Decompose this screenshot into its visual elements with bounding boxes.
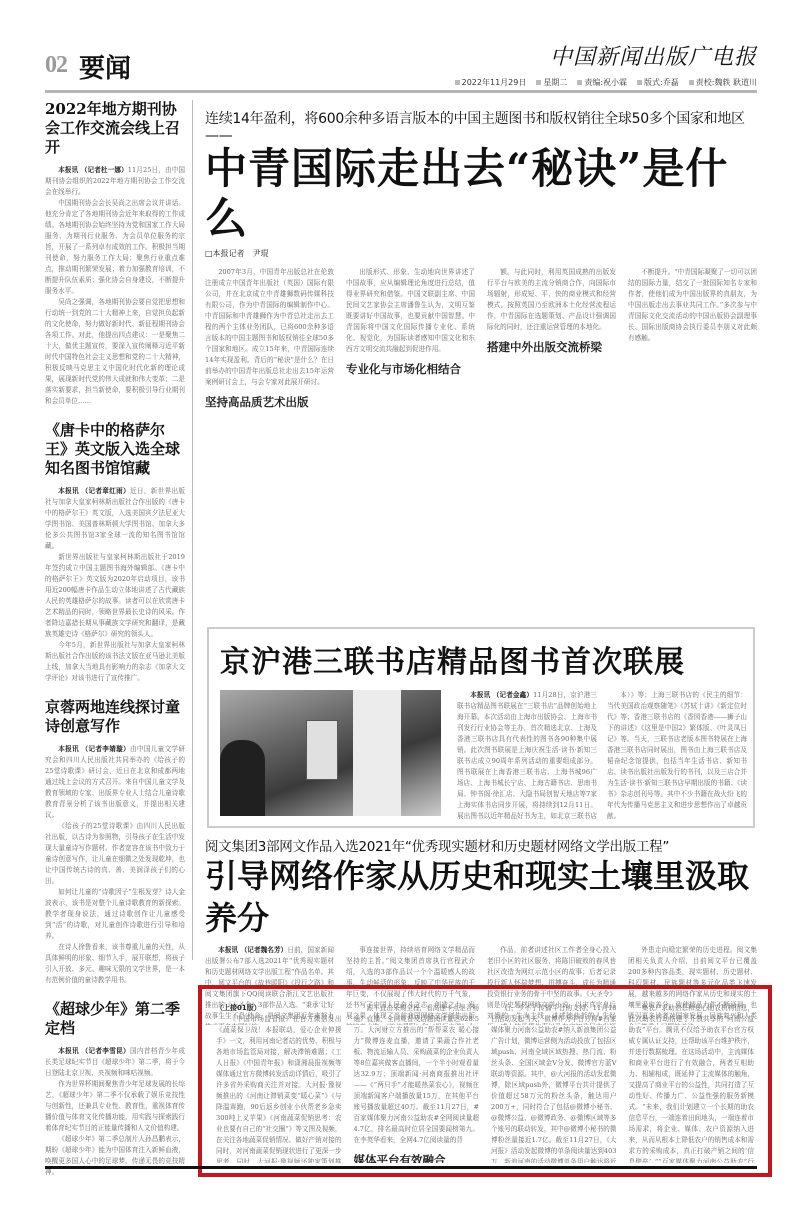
newspaper-logo: 中国新闻出版广电报 [550, 40, 757, 71]
left-story: 2022年地方期刊协会工作交流会线上召开 本报讯 （记者杜一娜）11月25日，由… [45, 100, 185, 407]
sanlian-headline[interactable]: 京沪港三联书店精品图书首次联展 [220, 637, 742, 681]
left-story: 《唐卡中的格萨尔王》英文版入选全球知名图书馆馆藏 本报讯 （记者章红雨）近日，新… [45, 421, 185, 684]
story-byline: 本报讯 （记者章红雨） [58, 487, 130, 495]
lead-headline[interactable]: 中青国际走出去“秘诀”是什么 [205, 144, 757, 244]
page-bottom-rule [45, 1166, 757, 1169]
lead-kicker: 连续14年盈利，将600余种多语言版本的中国主题图书和版权销往全球50多个国家和… [205, 108, 757, 144]
continued-story-body: （上接01版） 《中国市场监管报》在官方微信发出《蔬菜保卫战！本报联动，爱心企业… [216, 1003, 754, 1163]
story-byline: 本报讯 （记者李婧璇） [58, 745, 130, 753]
yuewen-kicker: 阅文集团3部网文作品入选2021年“优秀现实题材和历史题材网络文学出版工程” [205, 835, 757, 855]
story-body: 本报讯 （记者李雪昆）国内首档青少年成长类足球纪实节目《超球少年》第二季，将于今… [45, 1046, 185, 1178]
column-divider [192, 100, 193, 960]
page-masthead: 02 要闻 中国新闻出版广电报 2022年11月29日 星期二 责编:祝小霖 版… [45, 30, 757, 92]
story-headline[interactable]: 《唐卡中的格萨尔王》英文版入选全球知名图书馆馆藏 [45, 421, 185, 478]
issue-proofreader: 责校:魏轶 耿道川 [689, 77, 757, 88]
story-byline: 本报讯 （记者魏名芳） [218, 946, 287, 954]
story-byline: 本报讯 （记者杜一娜） [58, 166, 128, 174]
story-byline: 本报讯 （记者金鑫） [470, 691, 533, 699]
story-body: 本报讯 （记者杜一娜）11月25日，由中国期刊协会组织的2022年地方期刊协会工… [45, 165, 185, 407]
lead-col-1: 2007年3月，中国青年出版总社在伦敦注册成立中国青年出版社（英国）国际有限公司… [205, 267, 334, 416]
left-news-column: 2022年地方期刊协会工作交流会线上召开 本报讯 （记者杜一娜）11月25日，由… [45, 100, 185, 1165]
lead-subhead-1: 坚持高品质艺术出版 [205, 397, 334, 408]
story-byline: 本报讯 （记者李雪昆） [58, 1047, 130, 1055]
story-body: 本报讯 （记者章红雨）近日，新世界出版社与加拿大皇家柯林斯出版社合作出版的《唐卡… [45, 486, 185, 684]
story-headline[interactable]: 2022年地方期刊协会工作交流会线上召开 [45, 100, 185, 157]
lead-col-3: 额。与此同时，利用英国成熟的出版发行平台与欧美的主流分销商合作，向国际市场辐射，… [487, 267, 616, 416]
issue-layout: 版式:乔磊 [637, 77, 679, 88]
left-story: 京蓉两地连线探讨童诗创意写作 本报讯 （记者李婧璇）由中国儿童文学研究会和四川人… [45, 698, 185, 986]
yuewen-headline[interactable]: 引导网络作家从历史和现实土壤里汲取养分 [205, 855, 757, 939]
story-body: 本报讯 （记者李婧璇）由中国儿童文学研究会和四川人民出版社共同举办的《给孩子的2… [45, 744, 185, 986]
lead-col-4: 不断提升。“中青国际凝聚了一切可以团结的国际力量，结交了一批国际知名专家和作者，… [628, 267, 757, 416]
lead-col-2: 出版形式、形象、生动地向世界讲述了中国故事，应从编辑理论角度进行总结，值得业界研… [346, 267, 475, 416]
lead-body: 2007年3月，中国青年出版总社在伦敦注册成立中国青年出版社（英国）国际有限公司… [205, 267, 757, 416]
page-number: 02 [45, 52, 67, 79]
continued-story-highlight: （上接01版） 《中国市场监管报》在官方微信发出《蔬菜保卫战！本报联动，爱心企业… [198, 985, 772, 1177]
sanlian-story-box: 京沪港三联书店精品图书首次联展 本报讯 （记者金鑫）11月28日，京沪港三联书店… [207, 627, 755, 828]
lead-reporter: □本报记者 尹琨 [205, 248, 757, 259]
reader-image [220, 740, 265, 816]
lead-subhead-2: 专业化与市场化相结合 [346, 364, 475, 375]
masthead-rule [45, 90, 757, 93]
lead-story: 连续14年盈利，将600余种多语言版本的中国主题图书和版权销往全球50多个国家和… [205, 100, 757, 416]
story-headline[interactable]: 京蓉两地连线探讨童诗创意写作 [45, 698, 185, 736]
section-title: 要闻 [79, 48, 131, 85]
story-headline[interactable]: 《超球少年》第二季定档 [45, 1000, 185, 1038]
poster-image [353, 690, 401, 816]
issue-weekday: 星期二 [536, 77, 567, 88]
left-story: 《超球少年》第二季定档 本报讯 （记者李雪昆）国内首档青少年成长类足球纪实节目《… [45, 1000, 185, 1178]
issue-date: 2022年11月29日 [455, 77, 527, 88]
bookstore-photo [220, 690, 441, 816]
continued-subhead: 媒体平台有效融合 [354, 1155, 480, 1163]
sanlian-body: 本报讯 （记者金鑫）11月28日，京沪港三联书店精品图书联展在“三联书店”品牌创… [457, 690, 747, 820]
continued-from-label: （上接01版） [216, 1003, 342, 1014]
issue-meta: 2022年11月29日 星期二 责编:祝小霖 版式:乔磊 责校:魏轶 耿道川 [455, 77, 757, 88]
issue-editor: 责编:祝小霖 [577, 77, 627, 88]
lead-subhead-3: 搭建中外出版交流桥梁 [487, 342, 616, 353]
sign-image [306, 720, 338, 780]
